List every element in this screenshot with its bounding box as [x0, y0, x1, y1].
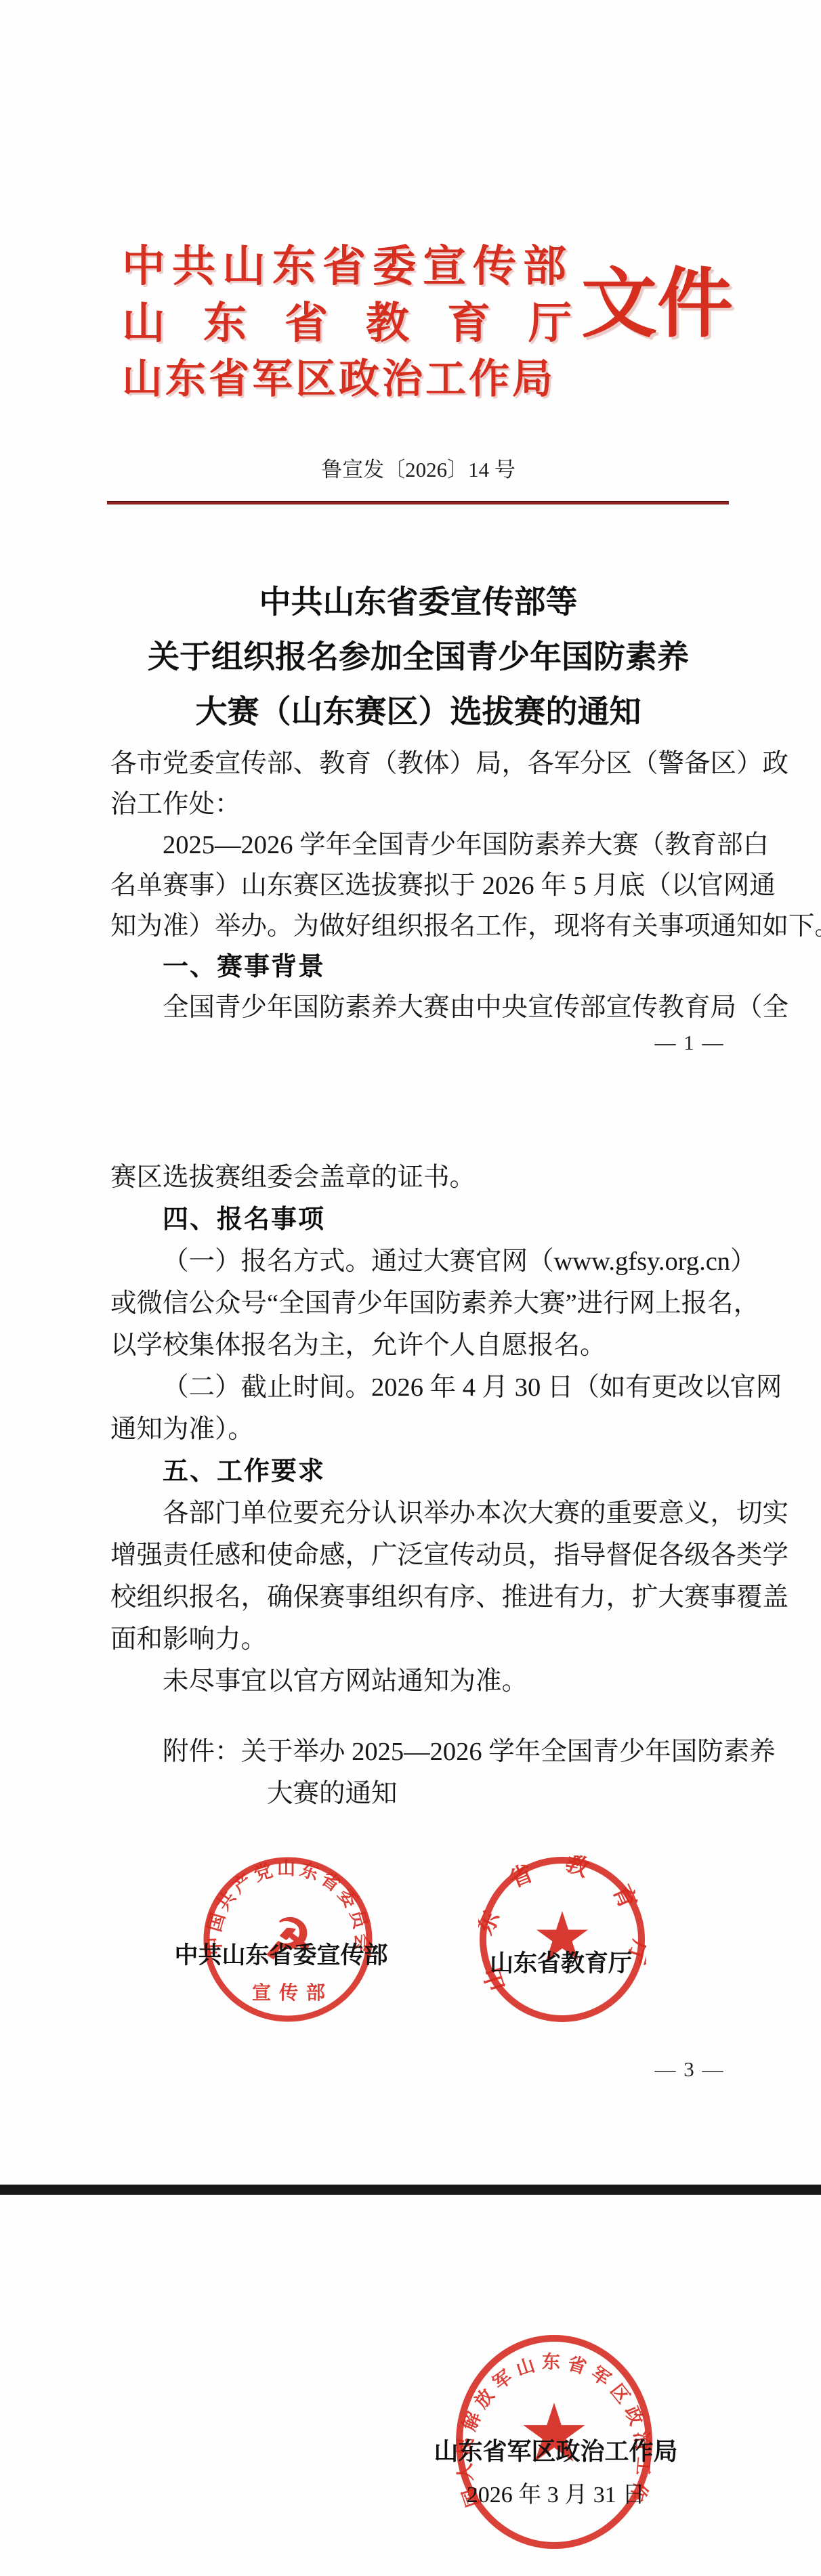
page-number-3: — 3 —: [642, 2057, 737, 2082]
section-heading-1: 一、赛事背景: [110, 947, 730, 987]
body-line: 或微信公众号“全国青少年国防素养大赛”进行网上报名，: [110, 1283, 730, 1325]
letterhead-file-label: 文件: [581, 267, 733, 343]
title-line-2: 关于组织报名参加全国青少年国防素养: [108, 630, 728, 685]
title-line-1: 中共山东省委宣传部等: [108, 576, 728, 630]
letterhead-org-line-2: 山东省教育厅: [122, 288, 610, 351]
propaganda-seal-overlay-text: 中共山东省委宣传部: [169, 1937, 393, 1971]
education-seal-overlay-text: 山东省教育厅: [486, 1945, 635, 1979]
body-line: 赛区选拔赛组委会盖章的证书。: [110, 1157, 730, 1199]
attachment-note: 附件：关于举办 2025—2026 学年全国青少年国防素养 大赛的通知: [110, 1731, 730, 1815]
letterhead-divider-rule: [107, 501, 729, 505]
title-line-3: 大赛（山东赛区）选拔赛的通知: [108, 685, 728, 740]
page-separator-bar: [0, 2185, 821, 2195]
attachment-line-2: 大赛的通知: [110, 1773, 730, 1815]
body-line: 以学校集体报名为主，允许个人自愿报名。: [110, 1325, 730, 1367]
page1-body: 各市党委宣传部、教育（教体）局，各军分区（警备区）政 治工作处： 2025—20…: [110, 744, 730, 1028]
seal-inner-bottom-text: 宣传部: [252, 1981, 333, 2004]
document-number: 鲁宣发〔2026〕14 号: [108, 452, 728, 483]
military-seal-overlay-text: 山东省军区政治工作局: [425, 2432, 686, 2467]
section-heading-4: 四、报名事项: [110, 1199, 730, 1241]
body-line: 2025—2026 学年全国青少年国防素养大赛（教育部白: [110, 825, 730, 865]
document-title: 中共山东省委宣传部等 关于组织报名参加全国青少年国防素养 大赛（山东赛区）选拔赛…: [108, 576, 728, 740]
body-line: 全国青少年国防素养大赛由中央宣传部宣传教育局（全: [110, 987, 730, 1028]
letterhead-org-line-1: 中共山东省委宣传部: [122, 232, 573, 294]
education-department-seal: 山东省教育厅: [478, 1855, 646, 2025]
signature-date: 2026 年 3 月 31 日: [425, 2476, 686, 2509]
section-heading-5: 五、工作要求: [110, 1451, 730, 1493]
body-line: （一）报名方式。通过大赛官网（www.gfsy.org.cn）: [110, 1241, 730, 1283]
attachment-line-1: 附件：关于举办 2025—2026 学年全国青少年国防素养: [110, 1731, 730, 1773]
body-line: 未尽事宜以官方网站通知为准。: [110, 1660, 730, 1702]
body-line: （二）截止时间。2026 年 4 月 30 日（如有更改以官网: [110, 1367, 730, 1409]
body-line: 各市党委宣传部、教育（教体）局，各军分区（警备区）政: [110, 744, 730, 784]
page3-body: 赛区选拔赛组委会盖章的证书。 四、报名事项 （一）报名方式。通过大赛官网（www…: [110, 1157, 730, 1702]
letterhead-org-line-3: 山东省军区政治工作局: [122, 347, 555, 405]
body-line: 增强责任感和使命感，广泛宣传动员，指导督促各级各类学: [110, 1534, 730, 1576]
body-line: 知为准）举办。为做好组织报名工作，现将有关事项通知如下。: [110, 906, 730, 947]
body-line: 治工作处：: [110, 784, 730, 825]
body-line: 校组织报名，确保赛事组织有序、推进有力，扩大赛事覆盖: [110, 1576, 730, 1618]
body-line: 各部门单位要充分认识举办本次大赛的重要意义，切实: [110, 1493, 730, 1534]
official-document-page: 中共山东省委宣传部 山东省教育厅 山东省军区政治工作局 文件 鲁宣发〔2026〕…: [0, 0, 821, 2576]
page-number-1: — 1 —: [642, 1031, 737, 1055]
body-line: 名单赛事）山东赛区选拔赛拟于 2026 年 5 月底（以官网通: [110, 865, 730, 906]
body-line: 面和影响力。: [110, 1618, 730, 1660]
body-line: 通知为准）。: [110, 1409, 730, 1451]
